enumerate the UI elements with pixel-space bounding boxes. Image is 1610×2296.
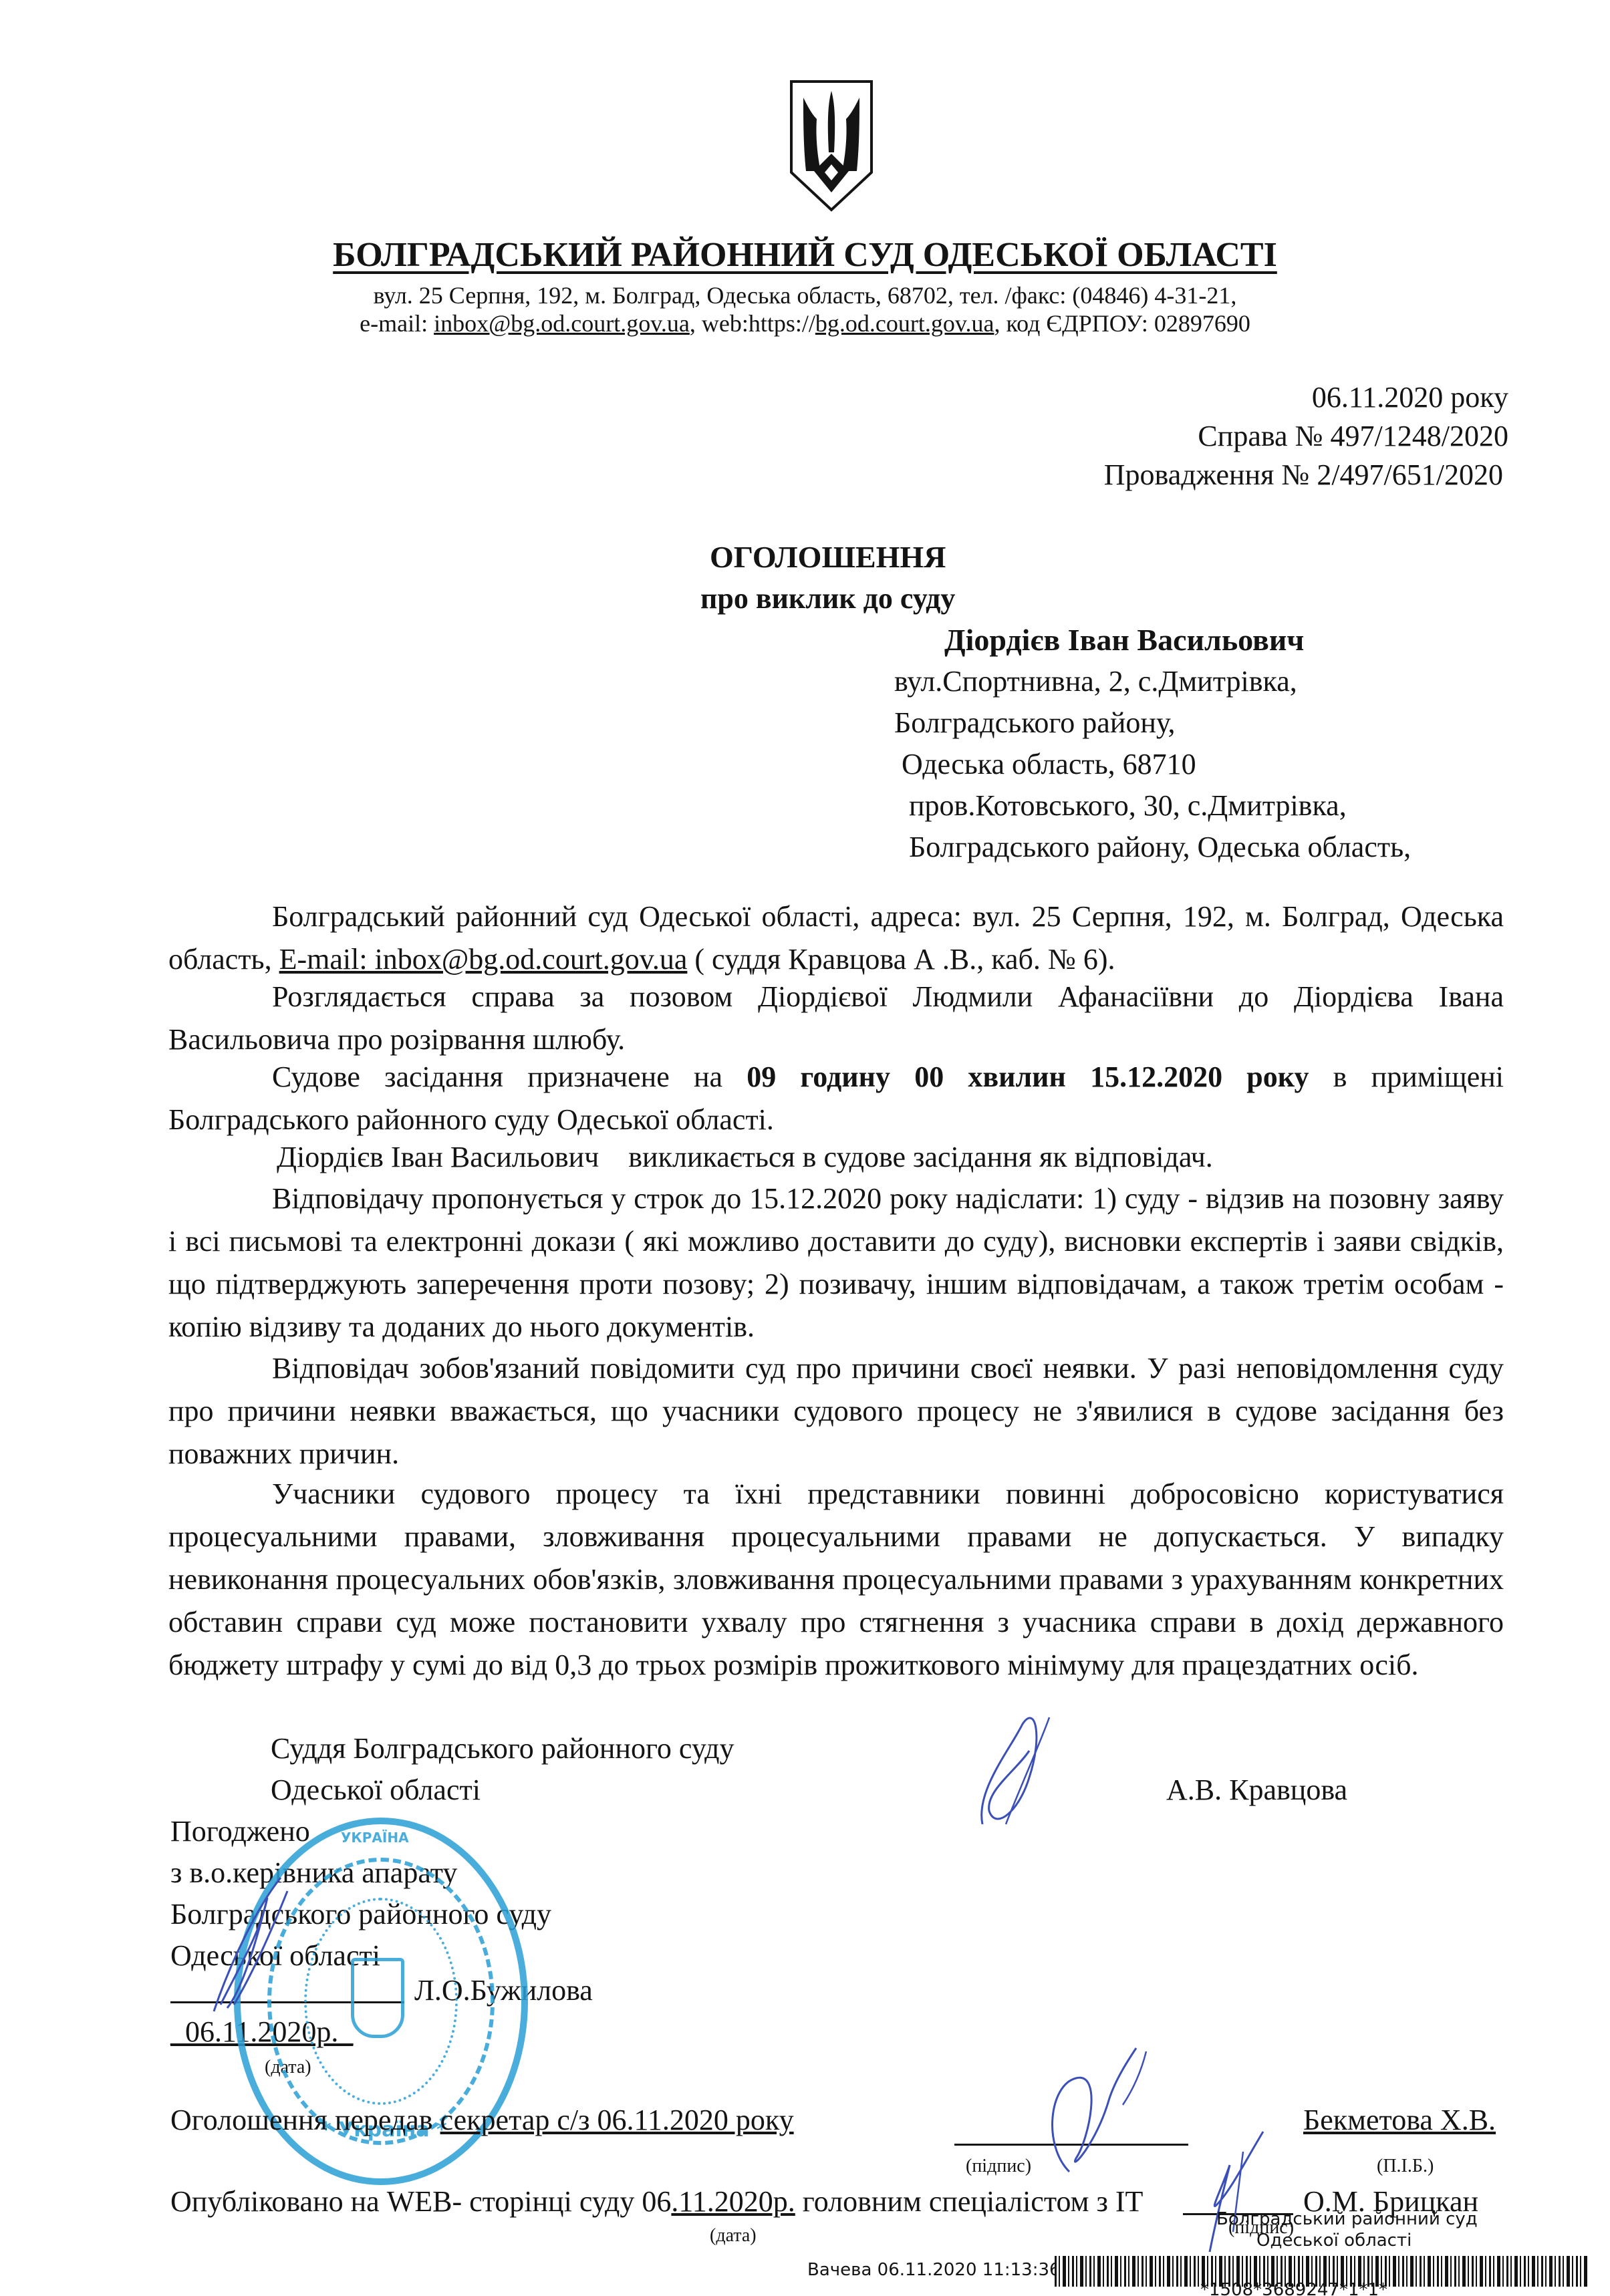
hearing-text: Судове засідання призначене на: [272, 1060, 747, 1093]
registry-court-line: Болградський районний суд: [1216, 2209, 1478, 2229]
pib-caption: (П.І.Б.): [1377, 2156, 1434, 2177]
proceeding-number: Провадження № 2/497/651/2020: [1104, 456, 1503, 494]
secretary-signature-icon: [1029, 2045, 1163, 2178]
addressee-address-line: Болградського району, Одеська область,: [894, 830, 1411, 865]
judge-name: А.В. Кравцова: [1166, 1769, 1347, 1811]
announcement-title: ОГОЛОШЕННЯ: [710, 540, 946, 575]
agreed-signature-icon: [200, 1871, 307, 2025]
body-paragraph-court-info: Болградський районний суд Одеської облас…: [168, 895, 1504, 981]
email-prefix: e-mail:: [360, 310, 434, 337]
published-line: Опубліковано на WEB- сторінці суду 06.11…: [170, 2181, 1143, 2222]
body-paragraph-procedural-rights: Учасники судового процесу та їхні предст…: [168, 1473, 1504, 1687]
transfer-secretary-date: секретар с/з 06.11.2020 року: [440, 2104, 794, 2136]
web-prefix: , web:https://: [690, 310, 815, 337]
court-email-link[interactable]: E-mail: inbox@bg.od.court.gov.ua: [279, 943, 688, 976]
signature-caption: (підпис): [966, 2156, 1031, 2177]
court-name-heading: БОЛГРАДСЬКИЙ РАЙОННИЙ СУД ОДЕСЬКОЇ ОБЛАС…: [0, 235, 1610, 275]
body-paragraph-hearing-time: Судове засідання призначене на 09 годину…: [168, 1056, 1504, 1141]
published-date: .11.2020р.: [671, 2185, 795, 2218]
court-contacts-line: e-mail: inbox@bg.od.court.gov.ua, web:ht…: [0, 309, 1610, 338]
stamp-text-top: УКРАЇНА: [341, 1830, 409, 1846]
addressee-address-line: пров.Котовського, 30, с.Дмитрівка,: [894, 788, 1347, 823]
transfer-prefix: Оголошення передав: [170, 2104, 440, 2136]
document-date: 06.11.2020 року: [1312, 378, 1508, 417]
registry-court-line: Одеської області: [1256, 2231, 1412, 2251]
agreed-label: Погоджено: [170, 1811, 310, 1852]
judge-title-line: Одеської області: [271, 1769, 481, 1811]
body-paragraph-case-subject: Розглядається справа за позовом Діордієв…: [168, 976, 1504, 1061]
trident-coat-of-arms-icon: [789, 79, 874, 212]
registrar-timestamp: Вачева 06.11.2020 11:13:36: [807, 2260, 1061, 2280]
court-web-link[interactable]: bg.od.court.gov.ua: [815, 310, 994, 337]
published-date-caption: (дата): [710, 2225, 757, 2247]
court-address-line: вул. 25 Серпня, 192, м. Болград, Одеська…: [0, 281, 1610, 310]
announcement-subtitle: про виклик до суду: [700, 581, 955, 616]
barcode-number: *1508*3689247*1*1*: [1200, 2280, 1387, 2296]
addressee-name: Діордієв Іван Васильович: [944, 623, 1304, 658]
addressee-address-line: Одеська область, 68710: [894, 747, 1196, 782]
body-paragraph-summons: Діордієв Іван Васильович викликається в …: [168, 1136, 1504, 1179]
body-paragraph-absence-notice: Відповідач зобов'язаний повідомити суд п…: [168, 1347, 1504, 1475]
stamp-coat-of-arms-icon: [351, 1958, 404, 2038]
addressee-address-line: вул.Спортнивна, 2, с.Дмитрівка,: [894, 664, 1297, 699]
judge-cabinet-text: ( суддя Кравцова А .В., каб. № 6).: [687, 943, 1115, 976]
transfer-line: Оголошення передав секретар с/з 06.11.20…: [170, 2100, 814, 2141]
judge-signature-icon: [969, 1711, 1076, 1838]
judge-title-line: Суддя Болградського районного суду: [271, 1728, 734, 1769]
case-number: Справа № 497/1248/2020: [1198, 417, 1508, 456]
body-paragraph-response-deadline: Відповідачу пропонується у строк до 15.1…: [168, 1177, 1504, 1348]
court-email-link[interactable]: inbox@bg.od.court.gov.ua: [434, 310, 690, 337]
hearing-datetime: 09 годину 00 хвилин 15.12.2020 року: [747, 1060, 1309, 1093]
secretary-name: Бекметова Х.В.: [1303, 2100, 1496, 2141]
published-prefix: Опубліковано на WEB- сторінці суду 06: [170, 2185, 671, 2218]
edrpou-code: , код ЄДРПОУ: 02897690: [994, 310, 1250, 337]
published-suffix: головним спеціалістом з IT: [795, 2185, 1144, 2218]
addressee-address-line: Болградського району,: [894, 706, 1176, 740]
